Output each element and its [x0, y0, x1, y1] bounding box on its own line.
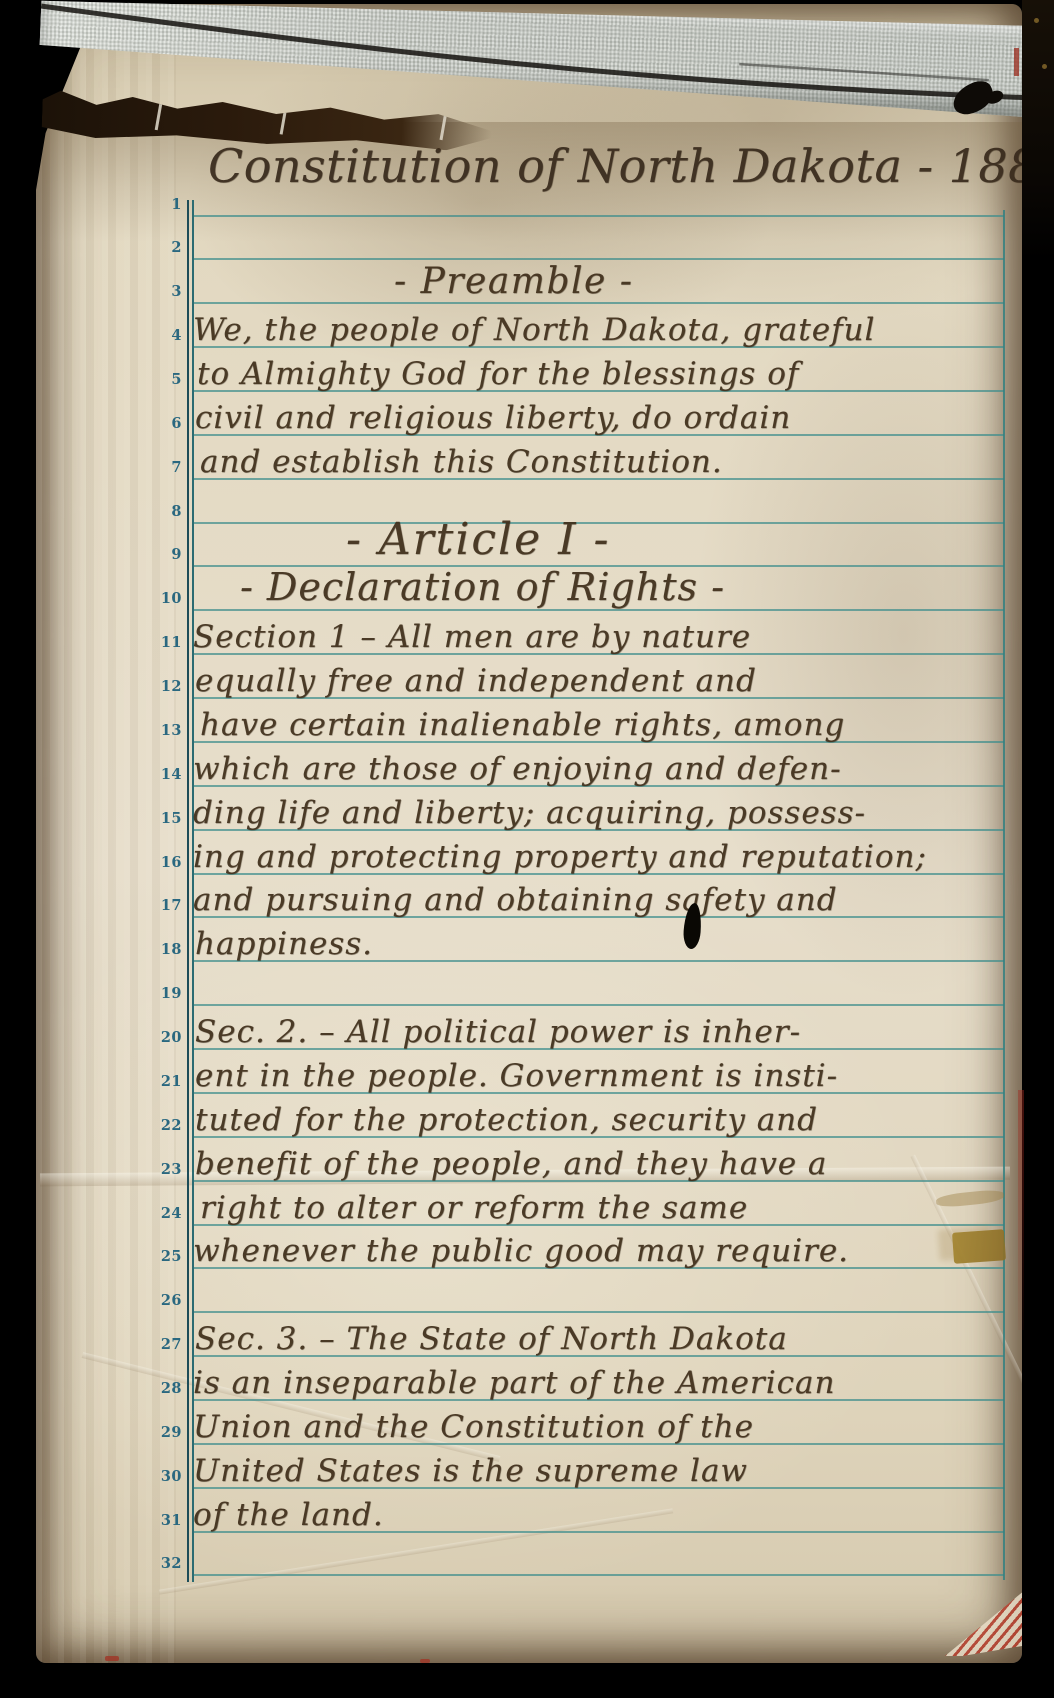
margin-line-number: 30: [136, 1468, 182, 1486]
margin-line-number: 32: [136, 1555, 182, 1573]
binding-stitch: [155, 102, 163, 130]
handwritten-line: Sec. 2. – All political power is inher-: [195, 1014, 801, 1050]
handwritten-line: to Almighty God for the blessings of: [197, 356, 799, 392]
stain-smudge: [936, 1188, 1005, 1208]
margin-line-number: 7: [136, 459, 182, 477]
handwritten-line: ing and protecting property and reputati…: [193, 839, 927, 875]
red-page-edge-curl: [945, 1590, 1022, 1656]
handwritten-line: ent in the people. Government is insti-: [195, 1058, 838, 1094]
handwritten-line: and establish this Constitution.: [200, 444, 723, 480]
margin-line-number: 2: [136, 239, 182, 257]
margin-line-number: 15: [136, 810, 182, 828]
margin-line-number: 6: [136, 415, 182, 433]
margin-line-number: 19: [136, 985, 182, 1003]
left-margin-rule: [187, 200, 189, 1582]
ruled-line: [193, 302, 1004, 304]
handwritten-line: happiness.: [195, 926, 373, 962]
red-book-edge: [1014, 48, 1019, 76]
fold-crease: [910, 1155, 1022, 1499]
handwritten-line: have certain inalienable rights, among: [200, 707, 845, 743]
red-speck: [420, 1659, 430, 1663]
handwritten-line: right to alter or reform the same: [200, 1190, 748, 1226]
tape-stain: [952, 1229, 1006, 1264]
handwritten-line: which are those of enjoying and defen-: [193, 751, 842, 787]
margin-line-number: 23: [136, 1161, 182, 1179]
margin-line-number: 5: [136, 371, 182, 389]
ruled-line: [193, 609, 1004, 611]
margin-line-number: 26: [136, 1292, 182, 1310]
margin-line-number: 9: [136, 546, 182, 564]
ruled-line: [193, 215, 1004, 217]
red-speck: [105, 1656, 119, 1661]
ruled-line: [193, 1311, 1004, 1313]
handwritten-line: - Declaration of Rights -: [240, 566, 725, 609]
handwritten-line: Section 1 – All men are by nature: [193, 619, 751, 655]
handwritten-line: of the land.: [193, 1497, 384, 1533]
handwritten-line: - Preamble -: [394, 261, 633, 302]
handwritten-line: ding life and liberty; acquiring, posses…: [193, 795, 866, 831]
margin-line-number: 24: [136, 1205, 182, 1223]
margin-line-number: 8: [136, 503, 182, 521]
handwritten-line: tuted for the protection, security and: [195, 1102, 818, 1138]
margin-line-number: 12: [136, 678, 182, 696]
handwritten-line: is an inseparable part of the American: [193, 1365, 835, 1401]
gilt-fleck: [1042, 64, 1047, 69]
page-title: Constitution of North Dakota - 1889: [208, 138, 1022, 194]
margin-line-number: 25: [136, 1248, 182, 1266]
margin-line-number: 13: [136, 722, 182, 740]
book-spine-edge: [1022, 0, 1054, 260]
right-margin-rule: [1003, 210, 1005, 1580]
red-book-edge: [1018, 1090, 1024, 1330]
handwritten-line: and pursuing and obtaining safety and: [193, 882, 838, 918]
handwritten-line: - Article I -: [346, 515, 610, 565]
handwritten-line: civil and religious liberty, do ordain: [195, 400, 791, 436]
margin-line-number: 20: [136, 1029, 182, 1047]
margin-line-number: 29: [136, 1424, 182, 1442]
margin-line-number: 14: [136, 766, 182, 784]
margin-line-number: 21: [136, 1073, 182, 1091]
handwritten-line: United States is the supreme law: [193, 1453, 748, 1489]
manuscript-page: 1234567891011121314151617181920212223242…: [36, 4, 1022, 1663]
margin-line-number: 3: [136, 283, 182, 301]
margin-line-number: 18: [136, 941, 182, 959]
margin-line-number: 27: [136, 1336, 182, 1354]
handwritten-line: equally free and independent and: [195, 663, 757, 699]
margin-line-number: 16: [136, 854, 182, 872]
ruled-line: [193, 1004, 1004, 1006]
margin-line-number: 4: [136, 327, 182, 345]
margin-line-number: 28: [136, 1380, 182, 1398]
scanned-book-photo: 1234567891011121314151617181920212223242…: [0, 0, 1054, 1698]
ruled-line: [193, 1574, 1004, 1576]
margin-line-number: 10: [136, 590, 182, 608]
margin-line-number: 11: [136, 634, 182, 652]
margin-line-number: 1: [136, 196, 182, 214]
margin-line-number: 17: [136, 897, 182, 915]
handwritten-line: whenever the public good may require.: [193, 1233, 849, 1269]
gilt-fleck: [1034, 18, 1039, 23]
margin-line-number: 31: [136, 1512, 182, 1530]
handwritten-line: We, the people of North Dakota, grateful: [193, 312, 875, 348]
margin-line-number: 22: [136, 1117, 182, 1135]
ruled-line: [193, 258, 1004, 260]
handwritten-line: benefit of the people, and they have a: [195, 1146, 827, 1182]
handwritten-line: Union and the Constitution of the: [193, 1409, 754, 1445]
handwritten-line: Sec. 3. – The State of North Dakota: [195, 1321, 788, 1357]
